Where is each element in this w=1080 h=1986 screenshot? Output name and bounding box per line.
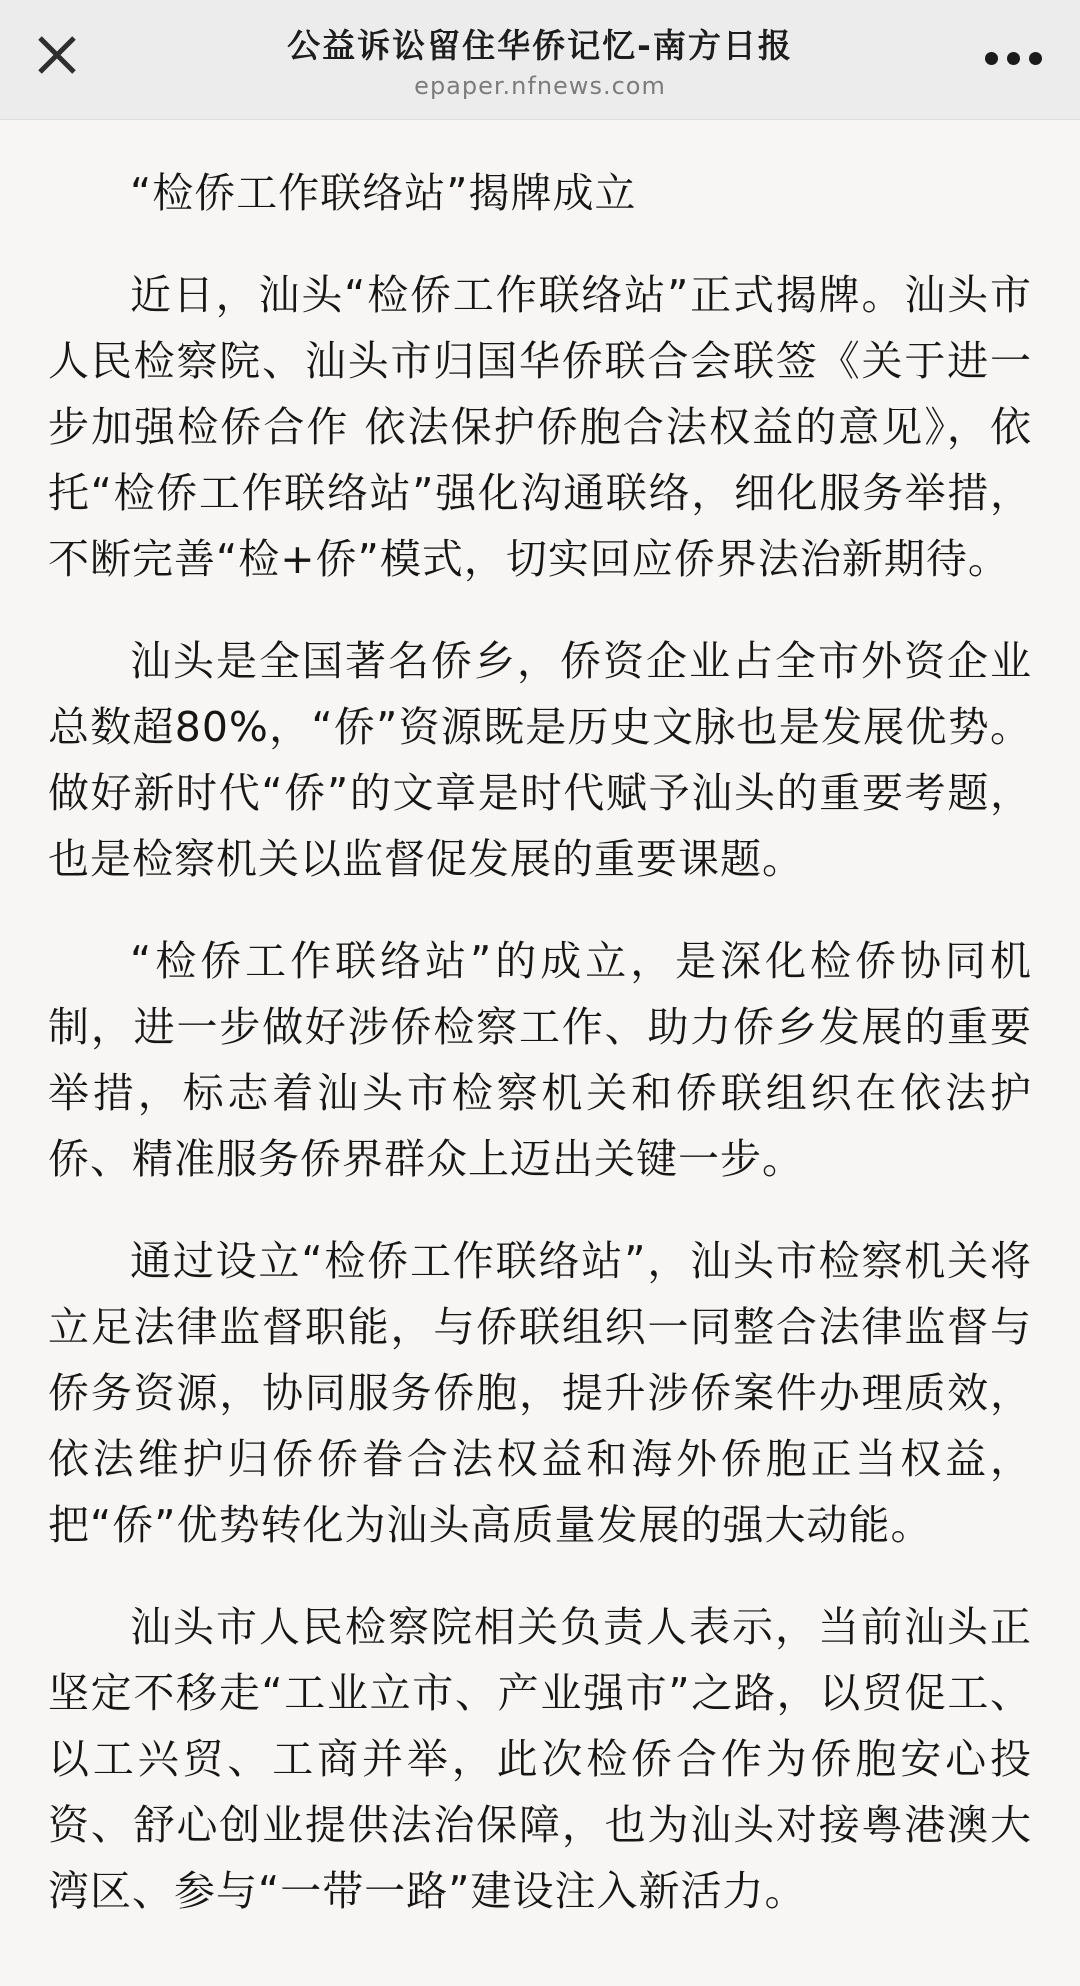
ellipsis-icon (985, 52, 998, 65)
article-content: “检侨工作联络站”揭牌成立 近日，汕头“检侨工作联络站”正式揭牌。汕头市人民检察… (0, 120, 1080, 1924)
titlebar-center: 公益诉讼留住华侨记忆-南方日报 epaper.nfnews.com (0, 17, 1080, 103)
close-icon (35, 33, 79, 81)
close-button[interactable] (26, 26, 88, 88)
article-paragraph: 汕头市人民检察院相关负责人表示，当前汕头正坚定不移走“工业立市、产业强市”之路，… (48, 1594, 1032, 1924)
browser-titlebar: 公益诉讼留住华侨记忆-南方日报 epaper.nfnews.com (0, 0, 1080, 120)
article-paragraph: “检侨工作联络站”的成立，是深化检侨协同机制，进一步做好涉侨检察工作、助力侨乡发… (48, 928, 1032, 1192)
article-paragraph: 汕头是全国著名侨乡，侨资企业占全市外资企业总数超80%，“侨”资源既是历史文脉也… (48, 628, 1032, 892)
article-paragraph: 通过设立“检侨工作联络站”，汕头市检察机关将立足法律监督职能，与侨联组织一同整合… (48, 1228, 1032, 1558)
ellipsis-icon (1007, 52, 1020, 65)
page-url: epaper.nfnews.com (414, 69, 666, 103)
article-paragraph: 近日，汕头“检侨工作联络站”正式揭牌。汕头市人民检察院、汕头市归国华侨联合会联签… (48, 262, 1032, 592)
page-title: 公益诉讼留住华侨记忆-南方日报 (287, 23, 793, 69)
ellipsis-icon (1029, 52, 1042, 65)
more-menu-button[interactable] (978, 30, 1048, 86)
article-heading: “检侨工作联络站”揭牌成立 (48, 160, 1032, 226)
